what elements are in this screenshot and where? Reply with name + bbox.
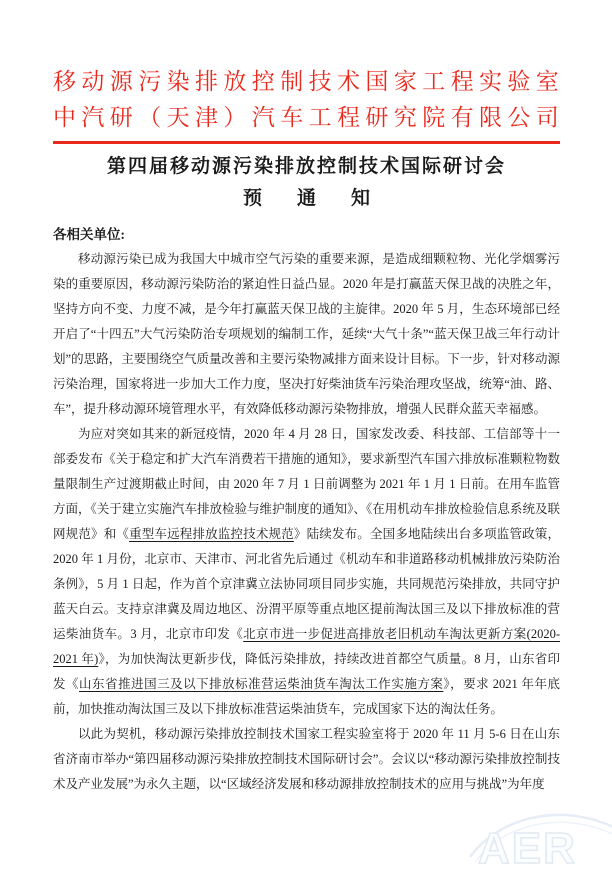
- doc-link-shandong-scrappage-plan[interactable]: 山东省推进国三及以下排放标准营运柴油货车淘汰工作实施方案: [79, 677, 443, 691]
- document-content: 移动源污染排放控制技术国家工程实验室 中汽研（天津）汽车工程研究院有限公司 第四…: [0, 64, 612, 797]
- org-name-line2: 中汽研（天津）汽车工程研究院有限公司: [53, 100, 560, 136]
- paragraph-2-text: 》陆续发布。全国多地陆续出台多项监管政策，2020 年 1 月份，北京市、天津市…: [53, 527, 560, 641]
- document-page: 移动源污染排放控制技术国家工程实验室 中汽研（天津）汽车工程研究院有限公司 第四…: [0, 0, 612, 871]
- watermark-arc-inner-icon: [476, 822, 612, 861]
- notice-subtitle: 预 通 知: [53, 185, 560, 213]
- watermark-letters: AER: [478, 824, 577, 869]
- letterhead-divider: [53, 141, 560, 144]
- paragraph-1: 移动源污染已成为我国大中城市空气污染的重要来源，是造成细颗粒物、光化学烟雾污染的…: [53, 247, 560, 422]
- paragraph-3: 以此为契机，移动源污染排放控制技术国家工程实验室将于 2020 年 11 月 5…: [53, 722, 560, 797]
- letterhead: 移动源污染排放控制技术国家工程实验室 中汽研（天津）汽车工程研究院有限公司: [53, 64, 560, 144]
- org-name-line1: 移动源污染排放控制技术国家工程实验室: [53, 64, 560, 100]
- paragraph-2-text: 为应对突如其来的新冠疫情，2020 年 4 月 28 日，国家发改委、科技部、工…: [53, 427, 560, 541]
- doc-link-heavy-duty-remote-monitoring-spec[interactable]: 重型车远程排放监控技术规范: [129, 527, 294, 541]
- conference-title: 第四届移动源污染排放控制技术国际研讨会: [53, 153, 560, 181]
- salutation: 各相关单位:: [53, 222, 560, 247]
- watermark-arc-icon: [470, 815, 612, 857]
- paragraph-2: 为应对突如其来的新冠疫情，2020 年 4 月 28 日，国家发改委、科技部、工…: [53, 422, 560, 722]
- watermark-logo: AER: [468, 805, 612, 869]
